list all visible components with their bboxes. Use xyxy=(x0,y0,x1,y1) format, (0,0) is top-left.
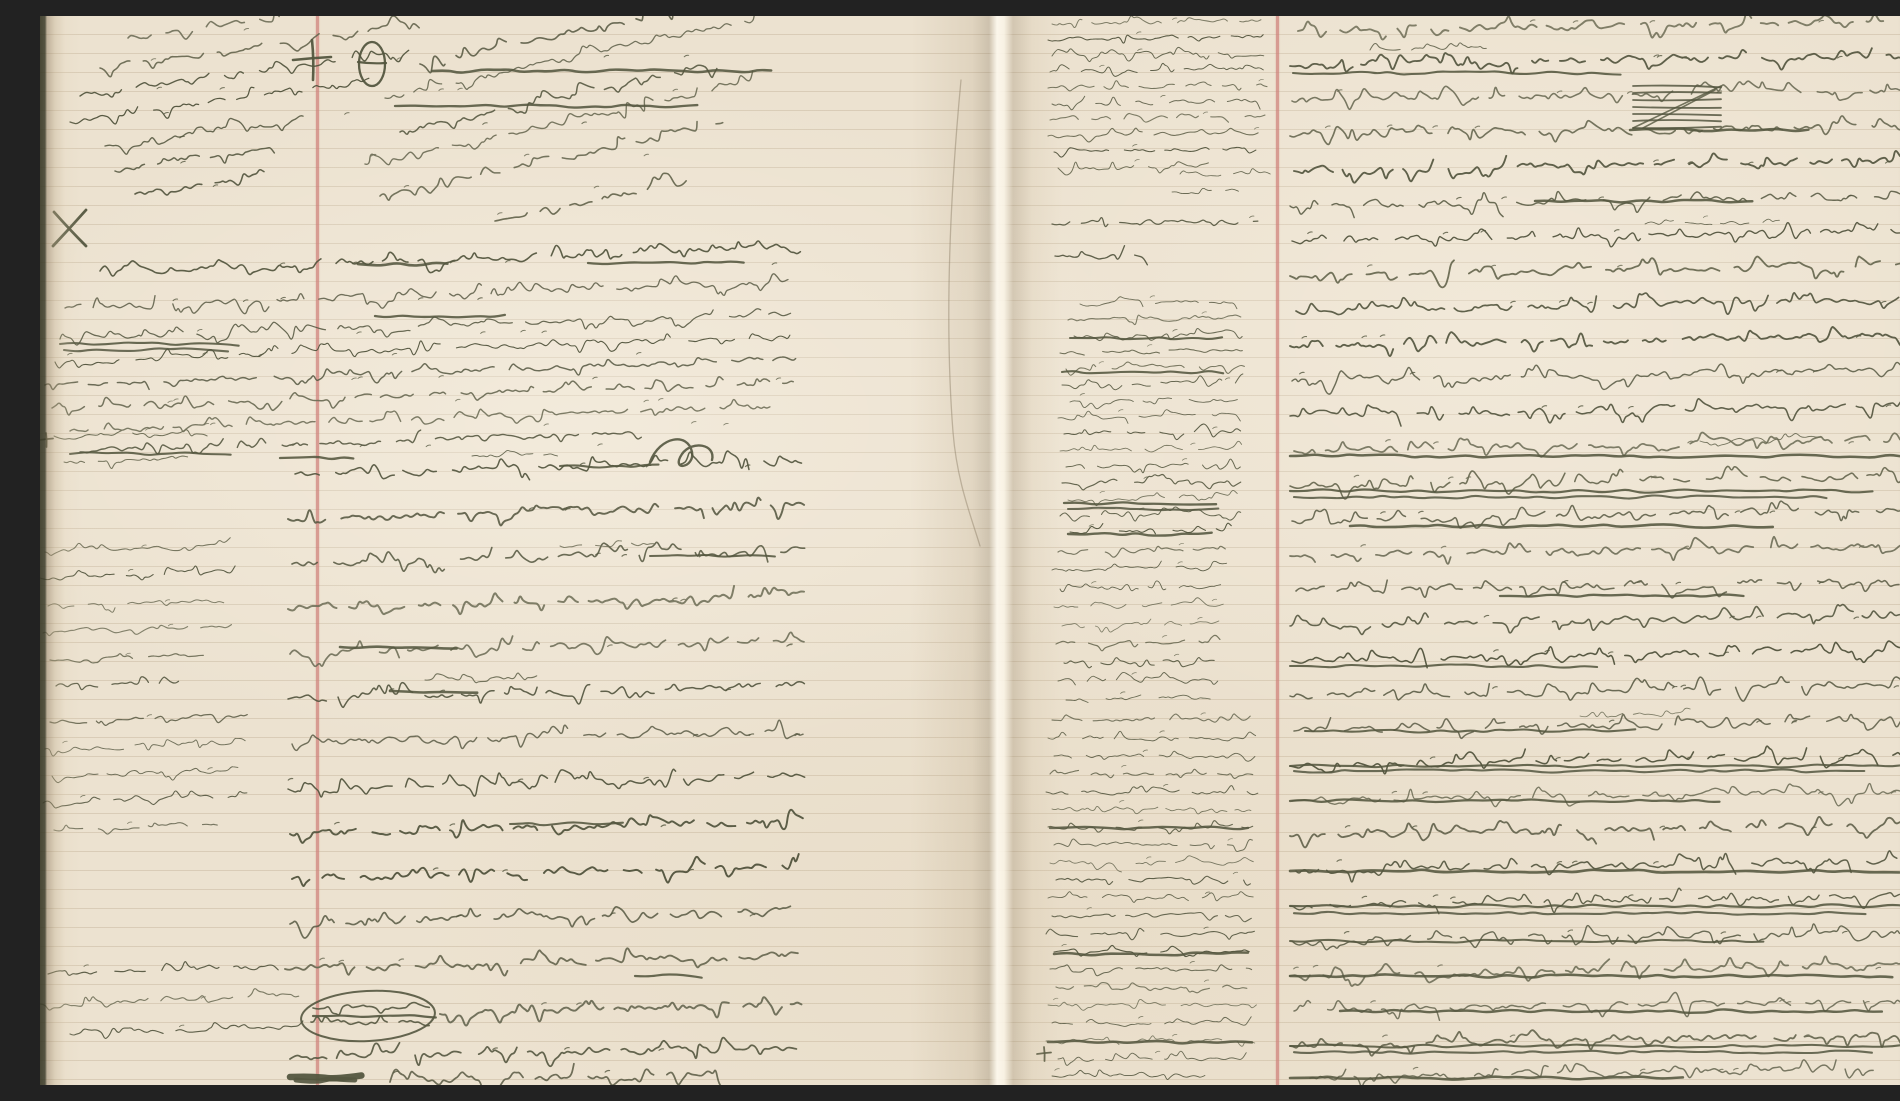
handwriting-ink-layer xyxy=(40,16,1900,1085)
left-page-margin-note-c xyxy=(43,713,248,836)
theta-revision-mark xyxy=(358,42,386,86)
left-page-ink xyxy=(40,16,805,1085)
right-page-margin-block-4 xyxy=(1046,713,1258,1080)
page-crease-line xyxy=(949,80,980,546)
margin-plus-mark xyxy=(1037,1047,1051,1061)
left-page-margin-note-b xyxy=(40,538,235,691)
left-page-paragraph-2 xyxy=(285,449,805,1085)
paraph-flourish xyxy=(650,439,712,465)
right-page-margin-block-3 xyxy=(1052,543,1227,703)
right-page-margin-block-2 xyxy=(1058,295,1245,536)
scribbled-out-word xyxy=(1633,86,1721,129)
right-page-body xyxy=(1290,16,1900,1085)
heavy-ink-blob xyxy=(290,1076,361,1082)
right-page-margin-note-suite xyxy=(1052,215,1258,267)
revision-marks xyxy=(40,40,1721,1081)
deletion-cross xyxy=(53,210,86,246)
right-page-margin-block-1b xyxy=(1172,168,1270,194)
manuscript-photo: Photograph of a handwritten manuscript: … xyxy=(40,16,1900,1085)
left-page-paragraph-1 xyxy=(65,237,801,320)
left-page-top-diagonal-draft xyxy=(363,16,784,226)
right-page-margin-block-1 xyxy=(1048,16,1267,175)
left-page-margin-note-d xyxy=(40,958,303,1039)
circled-deletion xyxy=(300,988,436,1045)
left-page-margin-note-a xyxy=(54,428,207,470)
right-page-ink xyxy=(1046,16,1900,1085)
margin-plus-mark xyxy=(40,433,53,447)
